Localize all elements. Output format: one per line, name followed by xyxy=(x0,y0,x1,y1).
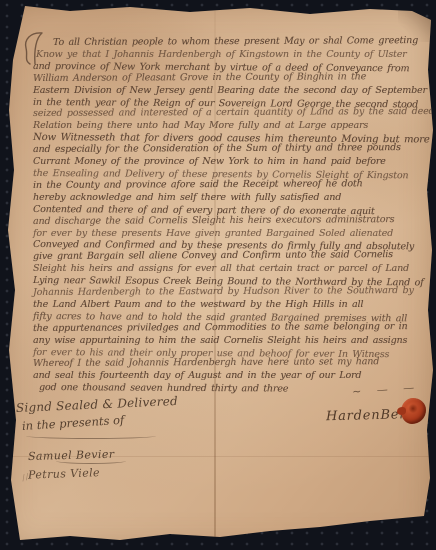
deed-body-text: To all Christian people to whom these pr… xyxy=(33,37,427,394)
handwritten-line: give grant Bargain sell aliene Convey an… xyxy=(33,249,427,263)
handwritten-line: Currant Money of the province of New Yor… xyxy=(33,156,427,168)
underline-swash xyxy=(26,433,156,439)
handwritten-line: and especially for the Consideration of … xyxy=(33,142,427,156)
handwritten-line: Sleight his heirs and assigns for ever a… xyxy=(33,263,427,275)
handwritten-line: seized possessed and interested of a cer… xyxy=(33,106,427,120)
handwritten-line: any wise appurtaining to him the said Co… xyxy=(33,335,427,347)
handwritten-line: and seal this fourteenth day of August a… xyxy=(33,370,427,382)
handwritten-line: Whereof I the said Johannis Hardenbergh … xyxy=(33,356,427,370)
handwritten-line: hereby acknowledge and him self there wi… xyxy=(33,192,427,204)
deed-document: To all Christian people to whom these pr… xyxy=(0,0,436,550)
handwritten-line: and discharge the said Cornelis Sleight … xyxy=(33,214,427,228)
handwritten-line: for ever by these presents Have given gr… xyxy=(33,228,427,240)
witness-signature-petrus-viele: Petrus Viele xyxy=(28,463,178,481)
handwritten-line: Relation being there unto had May More f… xyxy=(33,120,427,132)
handwritten-line: Know ye that I Johannis Hardenbergh of K… xyxy=(36,49,427,61)
handwritten-line: Eastern Division of New Jersey gentl Bea… xyxy=(33,85,427,97)
handwritten-line: Johannis Hardenbergh to the Eastward by … xyxy=(33,285,427,299)
photo-background: To all Christian people to whom these pr… xyxy=(0,0,436,550)
handwritten-line: in the County and province afore said th… xyxy=(33,178,427,192)
witness-signature-samuel-bevier: Samuel Bevier xyxy=(28,446,178,463)
witness-block: Signd Sealed & Delivered in the presents… xyxy=(16,401,178,479)
handwritten-line: William Anderson of Pleasant Grove in th… xyxy=(33,71,427,85)
handwritten-line: the appurtenances priviledges and Commod… xyxy=(33,321,427,335)
handwritten-line: To all Christian people to whom these pr… xyxy=(53,35,427,49)
handwritten-line: the Land Albert Paum and to the westward… xyxy=(33,299,427,311)
